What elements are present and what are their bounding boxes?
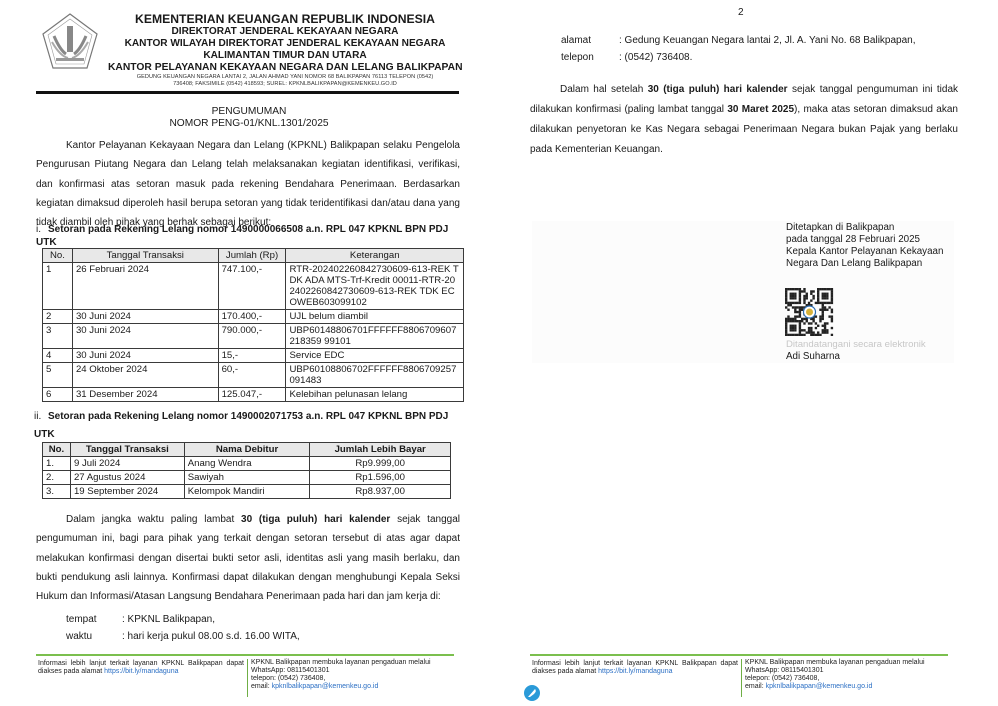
cell-amount: Rp9.999,00 (310, 457, 451, 471)
col-date: Tanggal Transaksi (72, 249, 218, 263)
footer-link[interactable]: https://bit.ly/mandaguna (104, 668, 178, 675)
footer-email-link[interactable]: kpknlbalikpapan@kemenkeu.go.id (766, 683, 873, 690)
cell-debtor: Sawiyah (184, 471, 310, 485)
intro-paragraph: Kantor Pelayanan Kekayaan Negara dan Lel… (36, 136, 460, 232)
signature-title-line2: Negara Dan Lelang Balikpapan (786, 258, 943, 270)
announcement-number: NOMOR PENG-01/KNL.1301/2025 (36, 118, 462, 130)
cell-date: 24 Oktober 2024 (72, 363, 218, 388)
cell-debtor: Kelompok Mandiri (184, 485, 310, 499)
footer-email-label: email: (251, 683, 272, 690)
footer-complaint-line: KPKNL Balikpapan membuka layanan pengadu… (745, 659, 951, 667)
announcement-heading: PENGUMUMAN (36, 106, 462, 118)
col-no: No. (43, 249, 73, 263)
office-address-line2: 736408; FAKSIMILE (0542) 418593; SUREL: … (108, 81, 462, 88)
table-row: 1.9 Juli 2024Anang WendraRp9.999,00 (43, 457, 451, 471)
footer-whatsapp: WhatsApp: 08115401301 (745, 667, 951, 675)
col-date: Tanggal Transaksi (70, 443, 184, 457)
table-row: 524 Oktober 202460,-UBP60108806702FFFFFF… (43, 363, 464, 388)
footer-phone: telepon: (0542) 736408, (745, 675, 951, 683)
footer-phone: telepon: (0542) 736408, (251, 675, 457, 683)
cell-amount: 60,- (218, 363, 286, 388)
directorate-name: DIREKTORAT JENDERAL KEKAYAAN NEGARA (108, 26, 462, 38)
intro-text: Kantor Pelayanan Kekayaan Negara dan Lel… (36, 140, 460, 228)
table-row: 430 Juni 202415,-Service EDC (43, 349, 464, 363)
table-lelang: No. Tanggal Transaksi Jumlah (Rp) Ketera… (42, 248, 464, 402)
cell-amount: 790.000,- (218, 324, 286, 349)
cell-amount: 125.047,- (218, 388, 286, 402)
cell-note: RTR-20240226084273060​9-613-REK TDK ADA … (286, 263, 464, 310)
footer-info: Informasi lebih lanjut terkait layanan K… (38, 660, 244, 676)
ministry-emblem-icon (40, 12, 100, 72)
cell-date: 26 Februari 2024 (72, 263, 218, 310)
closing-deadline-date: 30 Maret 2025 (727, 104, 794, 115)
cell-amount: Rp8.937,00 (310, 485, 451, 499)
cell-date: 9 Juli 2024 (70, 457, 184, 471)
table-row: 330 Juni 2024790.000,-UBP60148806701FFFF… (43, 324, 464, 349)
cell-amount: Rp1.596,00 (310, 471, 451, 485)
contact-value: : KPKNL Balikpapan, (122, 614, 215, 625)
feather-pen-icon (524, 685, 540, 701)
office-address-line1: GEDUNG KEUANGAN NEGARA LANTAI 2, JALAN A… (108, 74, 462, 81)
footer-complaint: KPKNL Balikpapan membuka layanan pengadu… (741, 659, 951, 697)
contact-value: : hari kerja pukul 08.00 s.d. 16.00 WITA… (122, 631, 300, 642)
cell-note: UBP60148806701FFFFFF8806709607 218359 99… (286, 324, 464, 349)
footer-complaint-line: KPKNL Balikpapan membuka layanan pengadu… (251, 659, 457, 667)
cell-date: 27 Agustus 2024 (70, 471, 184, 485)
cell-no: 3 (43, 324, 73, 349)
page-2: 2 alamat: Gedung Keuangan Negara lantai … (498, 0, 998, 706)
cell-note: Service EDC (286, 349, 464, 363)
letterhead: KEMENTERIAN KEUANGAN REPUBLIK INDONESIA … (36, 8, 462, 94)
deadline-paragraph: Dalam jangka waktu paling lambat 30 (tig… (36, 510, 460, 606)
page-1: KEMENTERIAN KEUANGAN REPUBLIK INDONESIA … (0, 0, 498, 706)
deadline-text-post: sejak tanggal pengumuman ini, bagi para … (36, 514, 460, 602)
footer-email-link[interactable]: kpknlbalikpapan@kemenkeu.go.id (272, 683, 379, 690)
section-2-title-line1: Setoran pada Rekening Lelang nomor 14900… (34, 411, 448, 440)
contact-key: telepon (561, 48, 619, 67)
table-row: 126 Februari 2024747.100,-RTR-2024022608… (43, 263, 464, 310)
cell-no: 1. (43, 457, 71, 471)
cell-debtor: Anang Wendra (184, 457, 310, 471)
signature-date: pada tanggal 28 Februari 2025 (786, 234, 943, 246)
contact-value: : Gedung Keuangan Negara lantai 2, Jl. A… (619, 35, 916, 46)
cell-date: 30 Juni 2024 (72, 349, 218, 363)
page-footer: Informasi lebih lanjut terkait layanan K… (530, 654, 948, 698)
contact-value: : (0542) 736408. (619, 52, 692, 63)
footer-complaint: KPKNL Balikpapan membuka layanan pengadu… (247, 659, 457, 697)
cell-no: 3. (43, 485, 71, 499)
cell-note: UBP60108806702FFFFFF8806709257 091483 (286, 363, 464, 388)
cell-amount: 170.400,- (218, 310, 286, 324)
table-header-row: No. Tanggal Transaksi Jumlah (Rp) Ketera… (43, 249, 464, 263)
cell-no: 2 (43, 310, 73, 324)
table-row: 230 Juni 2024170.400,-UJL belum diambil (43, 310, 464, 324)
cell-no: 1 (43, 263, 73, 310)
signature-block: Ditetapkan di Balikpapan pada tanggal 28… (786, 222, 943, 270)
qr-code-icon (785, 288, 834, 336)
cell-no: 2. (43, 471, 71, 485)
closing-bold: 30 (tiga puluh) hari kalender (648, 84, 788, 95)
office-name: KANTOR PELAYANAN KEKAYAAN NEGARA DAN LEL… (108, 62, 462, 74)
col-debtor: Nama Debitur (184, 443, 310, 457)
page-footer: Informasi lebih lanjut terkait layanan K… (36, 654, 454, 698)
footer-link[interactable]: https://bit.ly/mandaguna (598, 668, 672, 675)
deadline-text-bold: 30 (tiga puluh) hari kalender (241, 514, 390, 525)
regional-office-name: KANTOR WILAYAH DIREKTORAT JENDERAL KEKAY… (108, 38, 462, 50)
ministry-name: KEMENTERIAN KEUANGAN REPUBLIK INDONESIA (108, 12, 462, 26)
contact-phone: telepon: (0542) 736408. (561, 48, 692, 67)
section-2-number: ii. (34, 408, 48, 426)
letterhead-divider (36, 91, 459, 94)
cell-date: 19 September 2024 (70, 485, 184, 499)
cell-amount: 15,- (218, 349, 286, 363)
signature-title-line1: Kepala Kantor Pelayanan Kekayaan (786, 246, 943, 258)
cell-date: 30 Juni 2024 (72, 310, 218, 324)
closing-text: Dalam hal setelah (560, 84, 648, 95)
cell-amount: 747.100,- (218, 263, 286, 310)
cell-no: 4 (43, 349, 73, 363)
contact-key: waktu (66, 627, 122, 646)
region-name: KALIMANTAN TIMUR DAN UTARA (108, 50, 462, 62)
cell-note: Kelebihan pelunasan lelang (286, 388, 464, 402)
page-number: 2 (738, 7, 744, 18)
col-overpayment: Jumlah Lebih Bayar (310, 443, 451, 457)
footer-whatsapp: WhatsApp: 08115401301 (251, 667, 457, 675)
section-1-number: i. (36, 223, 48, 236)
table-row: 2.27 Agustus 2024SawiyahRp1.596,00 (43, 471, 451, 485)
footer-info: Informasi lebih lanjut terkait layanan K… (532, 660, 738, 676)
table-piutang: No. Tanggal Transaksi Nama Debitur Jumla… (42, 442, 451, 499)
deadline-text-pre: Dalam jangka waktu paling lambat (66, 514, 241, 525)
footer-email-label: email: (745, 683, 766, 690)
col-no: No. (43, 443, 71, 457)
table-row: 631 Desember 2024125.047,-Kelebihan pelu… (43, 388, 464, 402)
signature-place: Ditetapkan di Balikpapan (786, 222, 943, 234)
signatory-name: Adi Suharna (786, 351, 840, 362)
cell-no: 6 (43, 388, 73, 402)
electronic-signature-note: Ditandatangani secara elektronik (786, 339, 926, 350)
closing-paragraph: Dalam hal setelah 30 (tiga puluh) hari k… (530, 80, 958, 160)
contact-time: waktu: hari kerja pukul 08.00 s.d. 16.00… (66, 627, 300, 646)
cell-date: 31 Desember 2024 (72, 388, 218, 402)
col-note: Keterangan (286, 249, 464, 263)
cell-note: UJL belum diambil (286, 310, 464, 324)
table-row: 3.19 September 2024Kelompok MandiriRp8.9… (43, 485, 451, 499)
table-header-row: No. Tanggal Transaksi Nama Debitur Jumla… (43, 443, 451, 457)
cell-date: 30 Juni 2024 (72, 324, 218, 349)
section-1-title-line1: Setoran pada Rekening Lelang nomor 14900… (36, 224, 448, 248)
col-amount: Jumlah (Rp) (218, 249, 286, 263)
cell-no: 5 (43, 363, 73, 388)
